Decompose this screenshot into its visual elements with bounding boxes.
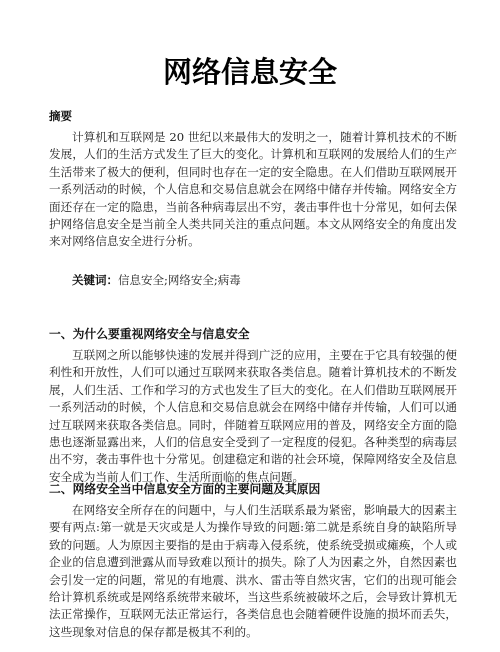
keywords-label: 关键词： bbox=[72, 273, 118, 287]
keywords-value: 信息安全;网络安全;病毒 bbox=[118, 273, 241, 287]
section-1-text: 互联网之所以能够快速的发展并得到广泛的应用，主要在于它具有较强的便利性和开放性，… bbox=[49, 347, 457, 486]
document-title: 网络信息安全 bbox=[0, 52, 500, 92]
abstract-label: 摘要 bbox=[49, 108, 72, 124]
section-1-heading: 一、为什么要重视网络安全与信息安全 bbox=[49, 325, 250, 342]
keywords-line: 关键词：信息安全;网络安全;病毒 bbox=[72, 272, 241, 288]
section-2-heading: 二、网络安全当中信息安全方面的主要问题及其原因 bbox=[49, 480, 320, 497]
abstract-text: 计算机和互联网是 20 世纪以来最伟大的发明之一，随着计算机技术的不断发展，人们… bbox=[49, 129, 457, 251]
document-page: 网络信息安全 摘要 计算机和互联网是 20 世纪以来最伟大的发明之一，随着计算机… bbox=[0, 0, 500, 652]
section-2-text: 在网络安全所存在的问题中，与人们生活联系最为紧密，影响最大的因素主要有两点:第一… bbox=[49, 502, 457, 641]
